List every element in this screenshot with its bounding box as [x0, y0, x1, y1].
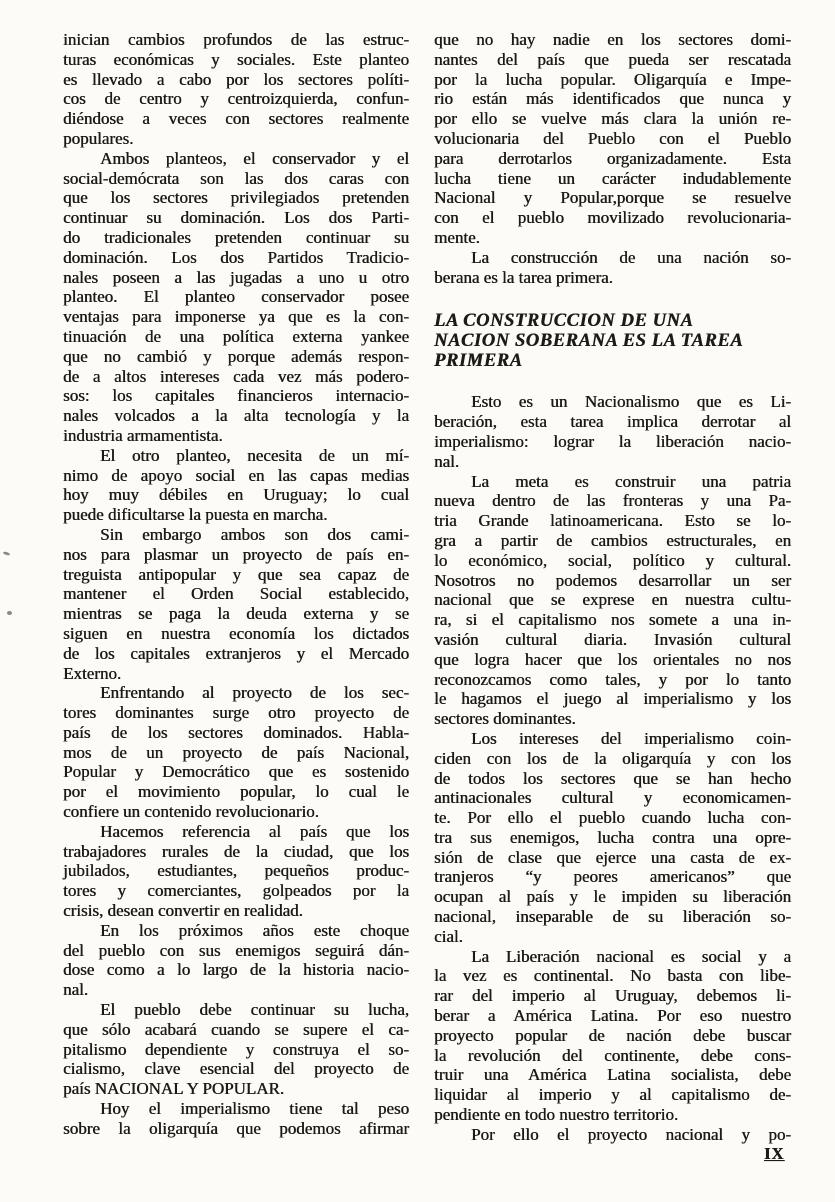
- text-line: cos de centro y centroizquierda, confun-: [63, 89, 409, 109]
- text-line: sobre la oligarquía que podemos afirmar: [63, 1119, 409, 1139]
- text-line: En los próximos años este choque: [63, 921, 409, 941]
- paragraph: El pueblo debe continuar su lucha,que só…: [63, 1000, 409, 1099]
- text-line: mos de un proyecto de país Nacional,: [63, 743, 409, 763]
- text-line: reconozcamos como tales, y por lo tanto: [434, 670, 791, 690]
- text-line: Hoy el imperialismo tiene tal peso: [63, 1099, 409, 1119]
- text-line: liquidar al imperio y al capitalismo de-: [434, 1085, 791, 1105]
- text-line: tra sus enemigos, lucha contra una opre-: [434, 828, 791, 848]
- text-line: nueva dentro de las fronteras y una Pa-: [434, 491, 791, 511]
- text-line: berar a América Latina. Por eso nuestro: [434, 1006, 791, 1026]
- text-line: nal.: [434, 452, 791, 472]
- text-line: ventajas para imponerse ya que es la con…: [63, 307, 409, 327]
- text-line: El pueblo debe continuar su lucha,: [63, 1000, 409, 1020]
- paragraph: inician cambios profundos de las estruc-…: [63, 30, 409, 149]
- text-line: rar del imperio al Uruguay, debemos li-: [434, 986, 791, 1006]
- text-line: nales volcados a la alta tecnología y la: [63, 406, 409, 426]
- text-line: dominación. Los dos Partidos Tradicio-: [63, 248, 409, 268]
- text-line: proyecto popular de nación debe buscar: [434, 1026, 791, 1046]
- paragraph: En los próximos años este choquedel pueb…: [63, 921, 409, 1000]
- text-line: NACION SOBERANA ES LA TAREA: [434, 331, 791, 351]
- text-line: La Liberación nacional es social y a: [434, 947, 791, 967]
- text-line: Esto es un Nacionalismo que es Li-: [434, 392, 791, 412]
- text-line: ra, si el capitalismo nos somete a una i…: [434, 610, 791, 630]
- text-line: nacional que se exprese en nuestra cultu…: [434, 590, 791, 610]
- text-line: para derrotarlos organizadamente. Esta: [434, 149, 791, 169]
- text-line: El otro planteo, necesita de un mí-: [63, 446, 409, 466]
- text-line: del pueblo con sus enemigos seguirá dán-: [63, 941, 409, 961]
- text-line: hoy muy débiles en Uruguay; lo cual: [63, 485, 409, 505]
- text-line: rio están más identificados que nunca y: [434, 89, 791, 109]
- text-line: diéndose a veces con sectores realmente: [63, 109, 409, 129]
- text-line: le hagamos el juego al imperialismo y lo…: [434, 689, 791, 709]
- text-line: LA CONSTRUCCION DE UNA: [434, 311, 791, 331]
- text-line: sectores dominantes.: [434, 709, 791, 729]
- text-line: crisis, desean convertir en realidad.: [63, 901, 409, 921]
- text-line: pendiente en todo nuestro territorio.: [434, 1105, 791, 1125]
- text-line: treguista antipopular y que sea capaz de: [63, 565, 409, 585]
- text-line: que no cambió y porque además respon-: [63, 347, 409, 367]
- paragraph: El otro planteo, necesita de un mí-nimo …: [63, 446, 409, 525]
- page-number: IX: [764, 1144, 784, 1164]
- text-line: sión de clase que ejerce una casta de ex…: [434, 848, 791, 868]
- scan-artifact: [3, 551, 11, 556]
- paragraph: La Liberación nacional es social y ala v…: [434, 947, 791, 1125]
- text-line: ciden con los de la oligarquía y con los: [434, 749, 791, 769]
- text-line: La construcción de una nación so-: [434, 248, 791, 268]
- text-line: que no hay nadie en los sectores domi-: [434, 30, 791, 50]
- text-line: Popular y Democrático que es sostenido: [63, 762, 409, 782]
- document-page: inician cambios profundos de las estruc-…: [0, 0, 835, 1202]
- text-line: turas económicas y sociales. Este plante…: [63, 50, 409, 70]
- paragraph: que no hay nadie en los sectores domi-na…: [434, 30, 791, 248]
- text-line: Ambos planteos, el conservador y el: [63, 149, 409, 169]
- text-line: gra a partir de cambios estructurales, e…: [434, 531, 791, 551]
- paragraph: Hoy el imperialismo tiene tal pesosobre …: [63, 1099, 409, 1139]
- text-line: truir una América Latina socialista, deb…: [434, 1065, 791, 1085]
- text-line: lucha tiene un carácter indudablemente: [434, 169, 791, 189]
- text-line: puede dificultarse la puesta en marcha.: [63, 505, 409, 525]
- text-line: país de los sectores dominados. Habla-: [63, 723, 409, 743]
- text-line: continuar su dominación. Los dos Parti-: [63, 208, 409, 228]
- text-line: Nacional y Popular,porque se resuelve: [434, 188, 791, 208]
- text-line: Por ello el proyecto nacional y po-: [434, 1125, 791, 1145]
- text-line: volucionaria del Pueblo con el Pueblo: [434, 129, 791, 149]
- paragraph: La meta es construir una patrianueva den…: [434, 472, 791, 729]
- text-line: la vez es continental. No basta con libe…: [434, 966, 791, 986]
- right-column: que no hay nadie en los sectores domi-na…: [434, 30, 791, 1145]
- text-line: con el pueblo movilizado revolucionaria-: [434, 208, 791, 228]
- text-line: social-demócrata son las dos caras con: [63, 169, 409, 189]
- text-line: populares.: [63, 129, 409, 149]
- text-line: nacional, inseparable de su liberación s…: [434, 907, 791, 927]
- text-line: industria armamentista.: [63, 426, 409, 446]
- paragraph: Enfrentando al proyecto de los sec-tores…: [63, 683, 409, 822]
- text-line: Externo.: [63, 664, 409, 684]
- left-column: inician cambios profundos de las estruc-…: [63, 30, 409, 1139]
- text-line: que los sectores privilegiados pretenden: [63, 188, 409, 208]
- text-line: beración, esta tarea implica derrotar al: [434, 412, 791, 432]
- text-line: la revolución del continente, debe cons-: [434, 1046, 791, 1066]
- text-line: mantener el Orden Social establecido,: [63, 584, 409, 604]
- text-line: lo económico, social, político y cultura…: [434, 551, 791, 571]
- text-line: por la lucha popular. Oligarquía e Impe-: [434, 70, 791, 90]
- text-line: nimo de apoyo social en las capas medias: [63, 466, 409, 486]
- text-line: planteo. El planteo conservador posee: [63, 287, 409, 307]
- text-line: La meta es construir una patria: [434, 472, 791, 492]
- text-line: trabajadores rurales de la ciudad, que l…: [63, 842, 409, 862]
- text-line: tores y comerciantes, golpeados por la: [63, 881, 409, 901]
- text-line: de a altos intereses cada vez más podero…: [63, 367, 409, 387]
- text-line: tinuación de una política externa yankee: [63, 327, 409, 347]
- text-line: tores dominantes surge otro proyecto de: [63, 703, 409, 723]
- text-line: inician cambios profundos de las estruc-: [63, 30, 409, 50]
- text-line: tria Grande latinoamericana. Esto se lo-: [434, 511, 791, 531]
- text-line: siguen en nuestra economía los dictados: [63, 624, 409, 644]
- text-line: imperialismo: lograr la liberación nacio…: [434, 432, 791, 452]
- text-line: que sólo acabará cuando se supere el ca-: [63, 1020, 409, 1040]
- text-line: te. Por ello el pueblo cuando lucha con-: [434, 808, 791, 828]
- text-line: nos para plasmar un proyecto de país en-: [63, 545, 409, 565]
- text-line: nal.: [63, 980, 409, 1000]
- text-line: cialismo, clave esencial del proyecto de: [63, 1059, 409, 1079]
- paragraph: La construcción de una nación so-berana …: [434, 248, 791, 288]
- text-line: sos: los capitales financieros internaci…: [63, 386, 409, 406]
- text-line: de los capitales extranjeros y el Mercad…: [63, 644, 409, 664]
- text-line: confiere un contenido revolucionario.: [63, 802, 409, 822]
- text-line: país NACIONAL Y POPULAR.: [63, 1079, 409, 1099]
- paragraph: Sin embargo ambos son dos cami-nos para …: [63, 525, 409, 683]
- text-line: por ello se vuelve más clara la unión re…: [434, 109, 791, 129]
- text-line: dose como a lo largo de la historia naci…: [63, 960, 409, 980]
- text-line: por el movimiento popular, lo cual le: [63, 782, 409, 802]
- text-line: Sin embargo ambos son dos cami-: [63, 525, 409, 545]
- text-line: ocupan al país y le impiden su liberació…: [434, 887, 791, 907]
- paragraph: Esto es un Nacionalismo que es Li-beraci…: [434, 392, 791, 471]
- text-line: vasión cultural diaria. Invasión cultura…: [434, 630, 791, 650]
- paragraph: Hacemos referencia al país que lostrabaj…: [63, 822, 409, 921]
- section-heading: LA CONSTRUCCION DE UNANACION SOBERANA ES…: [434, 311, 791, 371]
- text-line: PRIMERA: [434, 351, 791, 371]
- text-line: Nosotros no podemos desarrollar un ser: [434, 571, 791, 591]
- text-line: Enfrentando al proyecto de los sec-: [63, 683, 409, 703]
- paragraph: Los intereses del imperialismo coin-cide…: [434, 729, 791, 947]
- text-line: do tradicionales pretenden continuar su: [63, 228, 409, 248]
- paragraph: Ambos planteos, el conservador y elsocia…: [63, 149, 409, 446]
- text-line: berana es la tarea primera.: [434, 268, 791, 288]
- text-line: nantes del país que pueda ser rescatada: [434, 50, 791, 70]
- text-line: de todos los sectores que se han hecho: [434, 769, 791, 789]
- text-line: antinacionales cultural y economicamen-: [434, 788, 791, 808]
- text-line: que logra hacer que los orientales no no…: [434, 650, 791, 670]
- text-line: Hacemos referencia al país que los: [63, 822, 409, 842]
- text-line: nales poseen a las jugadas a uno u otro: [63, 268, 409, 288]
- text-line: mientras se paga la deuda externa y se: [63, 604, 409, 624]
- text-line: es llevado a cabo por los sectores polít…: [63, 70, 409, 90]
- text-line: mente.: [434, 228, 791, 248]
- scan-artifact: [7, 611, 12, 615]
- text-line: pitalismo dependiente y construya el so-: [63, 1040, 409, 1060]
- text-line: Los intereses del imperialismo coin-: [434, 729, 791, 749]
- text-line: tranjeros “y peores americanos” que: [434, 867, 791, 887]
- text-line: jubilados, estudiantes, pequeños produc-: [63, 861, 409, 881]
- paragraph: Por ello el proyecto nacional y po-: [434, 1125, 791, 1145]
- text-line: cial.: [434, 927, 791, 947]
